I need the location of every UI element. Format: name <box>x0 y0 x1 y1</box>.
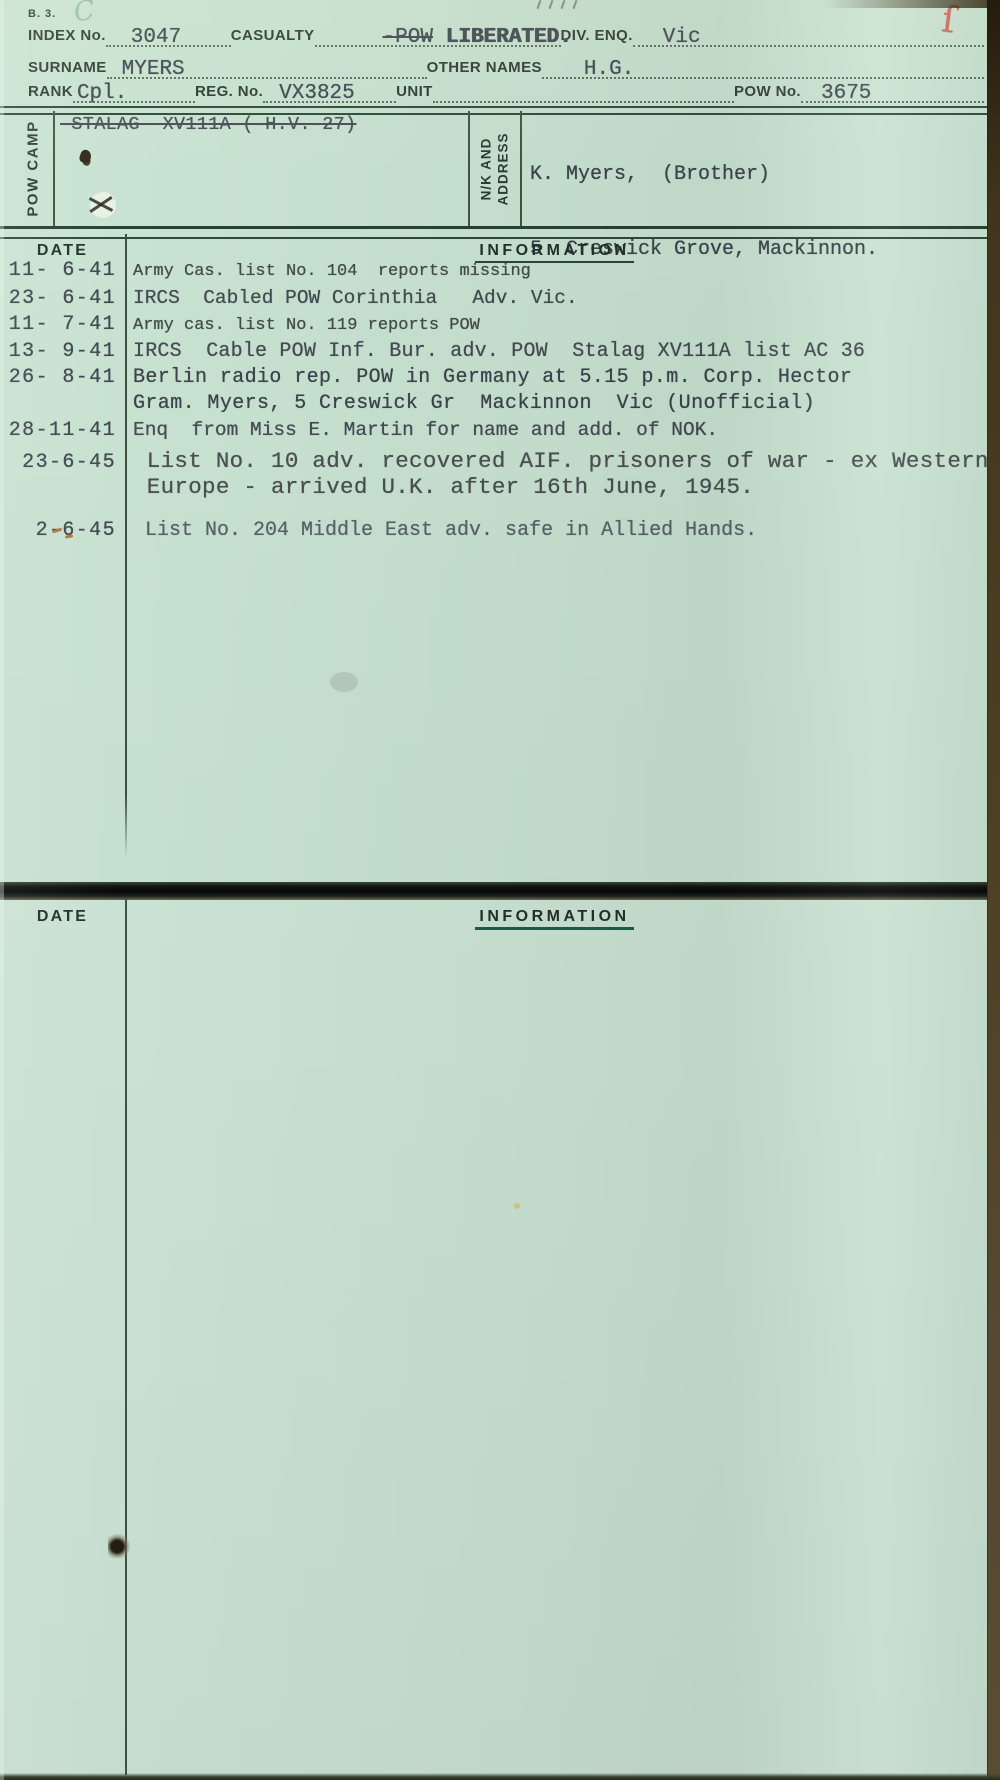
row-date: 26- 8-41 <box>0 365 125 391</box>
row-info: List No. 204 Middle East adv. safe in Al… <box>125 518 984 544</box>
table-row: 13- 9-41IRCS Cable POW Inf. Bur. adv. PO… <box>0 339 984 365</box>
paper-spot <box>514 1203 520 1209</box>
casualty-line: -POW LIBERATED. <box>315 22 561 47</box>
row-info: List No. 10 adv. recovered AIF. prisoner… <box>125 448 989 500</box>
row-info-line: Enq from Miss E. Martin for name and add… <box>133 417 984 443</box>
pen-stroke <box>573 0 578 9</box>
nk-address-label: N/K AND ADDRESS <box>477 132 511 205</box>
rank-label: RANK <box>28 83 73 103</box>
row-date: 11- 6-41 <box>0 258 125 284</box>
row-info-line: List No. 10 adv. recovered AIF. prisoner… <box>133 448 989 474</box>
table-row: 11- 7-41Army cas. list No. 119 reports P… <box>0 312 984 339</box>
unit-line <box>433 101 734 103</box>
pow-no-line: 3675 <box>801 78 984 103</box>
table-row: 28-11-41Enq from Miss E. Martin for name… <box>0 417 984 444</box>
pow-record-card: C ſ B. 3. INDEX No. 3047 CASUALTY -POW L… <box>0 0 1000 1780</box>
table-row: 2-6-45 List No. 204 Middle East adv. saf… <box>0 518 984 544</box>
index-no-line: 3047 <box>106 22 231 47</box>
ink-smudge <box>86 190 118 220</box>
unit-label: UNIT <box>396 83 433 103</box>
row-date: 23-6-45 <box>0 450 125 476</box>
table2-info-header-text: INFORMATION <box>475 908 633 930</box>
row-info-line: Berlin radio rep. POW in Germany at 5.15… <box>133 365 984 391</box>
scan-edge-bottom <box>0 1773 1000 1780</box>
card-edge-shadow <box>0 882 1000 900</box>
header-row-3: RANK Cpl. REG. No. VX3825 UNIT POW No. 3… <box>28 72 984 103</box>
table1-rows: 11- 6-41Army Cas. list No. 104 reports m… <box>0 258 984 544</box>
pow-camp-label: POW CAMP <box>25 120 42 216</box>
table-row: 23- 6-41IRCS Cabled POW Corinthia Adv. V… <box>0 285 984 312</box>
row-info: Berlin radio rep. POW in Germany at 5.15… <box>125 365 984 417</box>
table-row: 23-6-45 List No. 10 adv. recovered AIF. … <box>0 448 984 500</box>
pen-stroke <box>537 0 542 9</box>
row-info: Enq from Miss E. Martin for name and add… <box>125 417 984 443</box>
row-date: 11- 7-41 <box>0 312 125 338</box>
ink-blot <box>78 149 92 165</box>
table-row: 26- 8-41Berlin radio rep. POW in Germany… <box>0 365 984 417</box>
row-info: Army Cas. list No. 104 reports missing <box>125 259 984 285</box>
ink-blot-on-divider <box>108 1534 130 1558</box>
table2-date-header: DATE <box>0 908 125 926</box>
row-date: 13- 9-41 <box>0 339 125 365</box>
pencil-c-mark: C <box>72 0 97 28</box>
pow-no-label: POW No. <box>734 83 801 103</box>
second-card-paper <box>0 900 1000 1774</box>
rank-value: Cpl. <box>77 82 127 105</box>
scan-edge-right <box>987 0 1000 1780</box>
pow-camp-divider <box>53 111 55 226</box>
reg-no-value: VX3825 <box>279 82 355 105</box>
row-date: 23- 6-41 <box>0 286 125 312</box>
row-info: IRCS Cable POW Inf. Bur. adv. POW Stalag… <box>125 339 984 365</box>
pen-stroke <box>561 0 566 9</box>
table-row: 11- 6-41Army Cas. list No. 104 reports m… <box>0 258 984 285</box>
row-info-line: IRCS Cabled POW Corinthia Adv. Vic. <box>133 285 984 311</box>
row-info-line: Army cas. list No. 119 reports POW <box>133 313 984 339</box>
row-info-line: Gram. Myers, 5 Creswick Gr Mackinnon Vic… <box>133 391 984 417</box>
casualty-label: CASUALTY <box>231 27 315 47</box>
row-info: IRCS Cabled POW Corinthia Adv. Vic. <box>125 285 984 311</box>
row-info-line: List No. 204 Middle East adv. safe in Al… <box>133 518 984 544</box>
row-info: Army cas. list No. 119 reports POW <box>125 313 984 339</box>
nk-name: K. Myers, (Brother) <box>530 162 878 187</box>
nk-label-line1: N/K AND <box>477 132 494 205</box>
pow-no-value: 3675 <box>821 82 871 105</box>
table2-column-divider <box>125 898 127 1775</box>
div-enq-line: Vic <box>633 22 984 47</box>
pow-camp-label-box: POW CAMP <box>12 111 54 226</box>
nk-box-inner-line <box>520 111 522 226</box>
pen-stroke <box>549 0 554 9</box>
header-row-1: INDEX No. 3047 CASUALTY -POW LIBERATED. … <box>28 14 984 47</box>
gray-smudge <box>330 672 358 692</box>
scan-edge-left <box>0 0 4 1780</box>
table2-info-header: INFORMATION <box>125 908 984 926</box>
row-info-line: IRCS Cable POW Inf. Bur. adv. POW Stalag… <box>133 339 984 365</box>
row-date: 28-11-41 <box>0 418 125 444</box>
row-info-line: Europe - arrived U.K. after 16th June, 1… <box>133 474 989 500</box>
reg-no-line: VX3825 <box>263 78 396 103</box>
row-info-line: Army Cas. list No. 104 reports missing <box>133 259 984 285</box>
index-no-label: INDEX No. <box>28 27 106 47</box>
row-date: 2-6-45 <box>0 518 125 544</box>
rank-line: Cpl. <box>73 78 195 103</box>
nk-label-line2: ADDRESS <box>494 132 511 205</box>
pow-camp-value: -STALAG--XV111A-(-H.V.-27) <box>60 114 356 135</box>
nk-label-box: N/K AND ADDRESS <box>468 111 520 226</box>
scan-edge-top-right <box>822 0 992 8</box>
double-rule-mid <box>0 226 1000 239</box>
reg-no-label: REG. No. <box>195 83 263 103</box>
